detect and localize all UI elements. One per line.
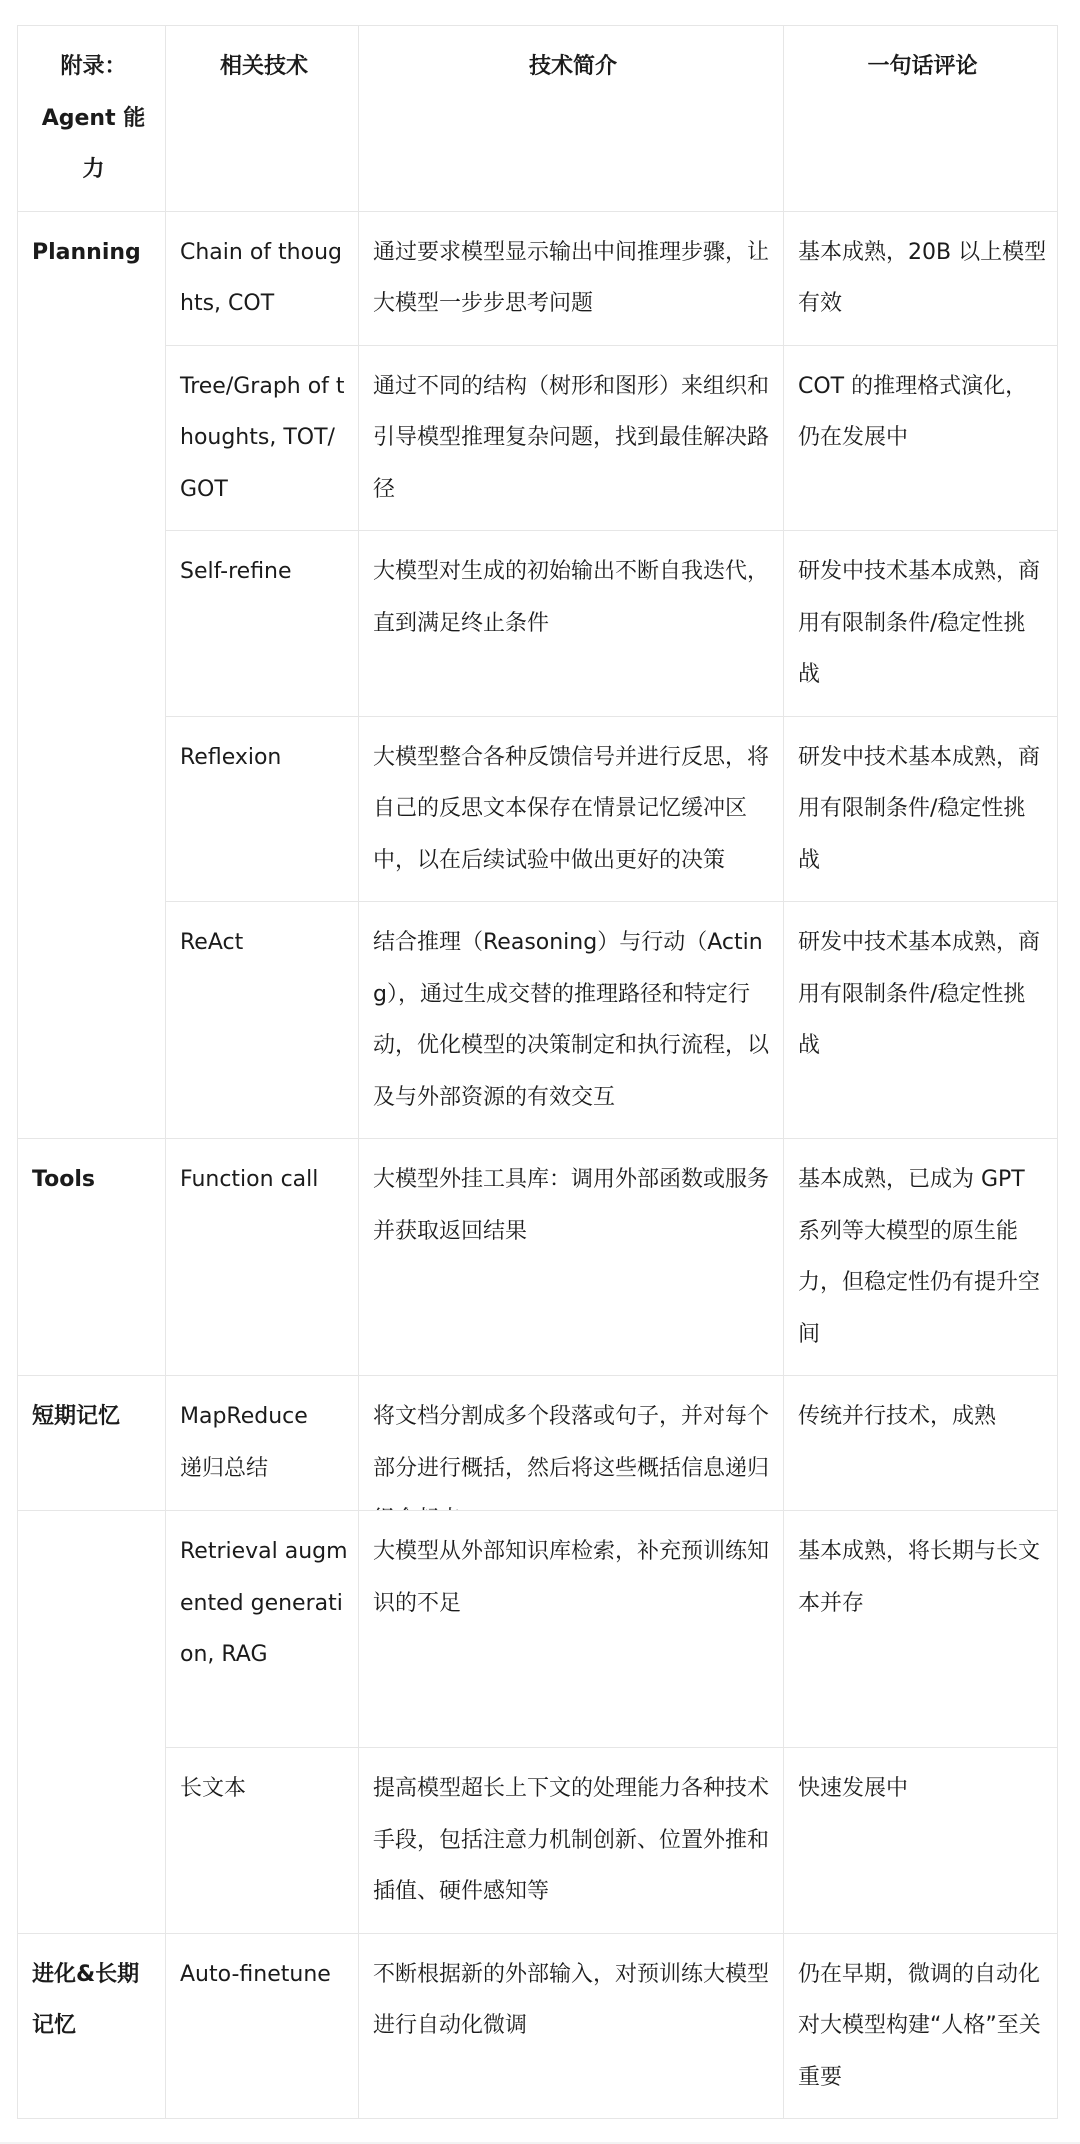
- table-row-tot: Tree/Graph of thoughts, TOT/GOT 通过不同的结构（…: [18, 345, 1058, 531]
- comment-cell: 基本成熟，将长期与长文本并存: [784, 1511, 1058, 1748]
- table-row-auto-finetune: 进化&长期记忆 Auto-finetune 不断根据新的外部输入，对预训练大模型…: [18, 1933, 1058, 2119]
- tech-cell: Reflexion: [166, 716, 359, 902]
- desc-cell: 通过不同的结构（树形和图形）来组织和引导模型推理复杂问题，找到最佳解决路径: [359, 345, 784, 531]
- table-row-rag: Retrieval augmented generation, RAG 大模型从…: [18, 1511, 1058, 1748]
- desc-cell: 大模型外挂工具库：调用外部函数或服务并获取返回结果: [359, 1139, 784, 1376]
- tech-cell: Retrieval augmented generation, RAG: [166, 1511, 359, 1748]
- header-technology: 相关技术: [166, 26, 359, 212]
- tech-line: MapReduce: [180, 1391, 348, 1443]
- tech-cell: Auto-finetune: [166, 1933, 359, 2119]
- header-capability: 附录： Agent 能力: [18, 26, 166, 212]
- comment-cell: 研发中技术基本成熟，商用有限制条件/稳定性挑战: [784, 902, 1058, 1139]
- header-row: 附录： Agent 能力 相关技术 技术简介 一句话评论: [18, 26, 1058, 212]
- tech-cell: Self-refine: [166, 531, 359, 717]
- desc-cell: 大模型对生成的初始输出不断自我迭代，直到满足终止条件: [359, 531, 784, 717]
- table-row-react: ReAct 结合推理（Reasoning）与行动（Acting），通过生成交替的…: [18, 902, 1058, 1139]
- desc-cell: 提高模型超长上下文的处理能力各种技术手段，包括注意力机制创新、位置外推和插值、硬…: [359, 1748, 784, 1934]
- desc-cell: 结合推理（Reasoning）与行动（Acting），通过生成交替的推理路径和特…: [359, 902, 784, 1139]
- comment-cell: COT 的推理格式演化，仍在发展中: [784, 345, 1058, 531]
- agent-capabilities-table-continued: Retrieval augmented generation, RAG 大模型从…: [17, 1510, 1058, 2119]
- desc-cell: 通过要求模型显示输出中间推理步骤，让大模型一步步思考问题: [359, 211, 784, 345]
- table-row-cot: Planning Chain of thoughts, COT 通过要求模型显示…: [18, 211, 1058, 345]
- tech-cell: ReAct: [166, 902, 359, 1139]
- tech-cell: Chain of thoughts, COT: [166, 211, 359, 345]
- comment-cell: 仍在早期，微调的自动化对大模型构建“人格”至关重要: [784, 1933, 1058, 2119]
- header-comment: 一句话评论: [784, 26, 1058, 212]
- table-row-self-refine: Self-refine 大模型对生成的初始输出不断自我迭代，直到满足终止条件 研…: [18, 531, 1058, 717]
- header-capability-line1: 附录：: [32, 41, 155, 93]
- table-row-long-context: 长文本 提高模型超长上下文的处理能力各种技术手段，包括注意力机制创新、位置外推和…: [18, 1748, 1058, 1934]
- comment-cell: 基本成熟，20B 以上模型有效: [784, 211, 1058, 345]
- tech-cell: 长文本: [166, 1748, 359, 1934]
- tech-cell: Tree/Graph of thoughts, TOT/GOT: [166, 345, 359, 531]
- category-continued-memory: [18, 1511, 166, 1934]
- table-row-function-call: Tools Function call 大模型外挂工具库：调用外部函数或服务并获…: [18, 1139, 1058, 1376]
- category-planning: Planning: [18, 211, 166, 1139]
- header-description: 技术简介: [359, 26, 784, 212]
- category-tools: Tools: [18, 1139, 166, 1376]
- desc-cell: 大模型整合各种反馈信号并进行反思，将自己的反思文本保存在情景记忆缓冲区中，以在后…: [359, 716, 784, 902]
- comment-cell: 研发中技术基本成熟，商用有限制条件/稳定性挑战: [784, 716, 1058, 902]
- header-capability-line2: Agent 能力: [32, 93, 155, 196]
- tech-cell: Function call: [166, 1139, 359, 1376]
- category-evolution-long-term-memory: 进化&长期记忆: [18, 1933, 166, 2119]
- desc-cell: 不断根据新的外部输入，对预训练大模型进行自动化微调: [359, 1933, 784, 2119]
- desc-cell: 大模型从外部知识库检索，补充预训练知识的不足: [359, 1511, 784, 1748]
- tech-line: 递归总结: [180, 1443, 348, 1495]
- comment-cell: 研发中技术基本成熟，商用有限制条件/稳定性挑战: [784, 531, 1058, 717]
- comment-cell: 基本成熟，已成为 GPT 系列等大模型的原生能力，但稳定性仍有提升空间: [784, 1139, 1058, 1376]
- comment-cell: 快速发展中: [784, 1748, 1058, 1934]
- table-row-reflexion: Reflexion 大模型整合各种反馈信号并进行反思，将自己的反思文本保存在情景…: [18, 716, 1058, 902]
- agent-capabilities-table: 附录： Agent 能力 相关技术 技术简介 一句话评论 Planning Ch…: [17, 25, 1058, 1562]
